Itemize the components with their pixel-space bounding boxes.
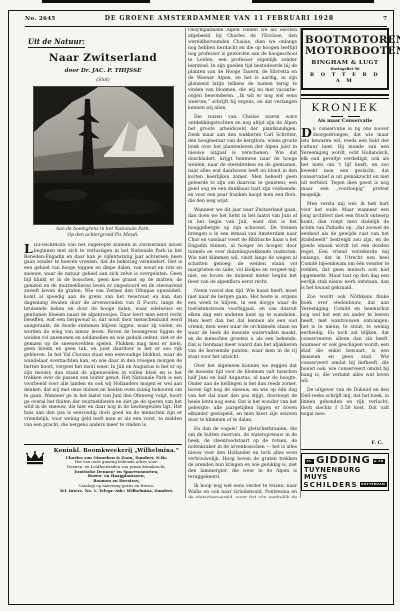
ad-company-name-2: TUYNENBURG MUYS xyxy=(304,467,386,481)
ad-company-name: BINGHAM & LUGT xyxy=(305,60,385,66)
dropcap-letter: D xyxy=(301,127,313,138)
scan-artifact-bar xyxy=(252,0,374,3)
kroniek-paragraph: Zoo wordt ook Nöthkens flinke boek over … xyxy=(301,295,389,385)
kroniek-paragraph: De uitgever van de Dukend en den Dell-re… xyxy=(301,388,389,418)
kroniek-paragraph: DE conservatie is bij ons zoover doorged… xyxy=(301,127,389,199)
column-left: Uit de Natuur: Naar Zwitserland door Dr.… xyxy=(24,29,182,494)
ad-company-name: GIDDING xyxy=(316,456,370,466)
article-paragraph: Onsympathieke Alpen vinden we als eerste… xyxy=(188,28,297,112)
ad-boat-motors: BOOTMOTOREN MOTORBOOTEN BINGHAM & LUGT H… xyxy=(301,28,389,90)
ad-city: R O T T E R D A M xyxy=(305,72,385,84)
article-part-label: (Slot) xyxy=(24,78,182,83)
column-rule xyxy=(185,28,186,498)
kroniek-heading: KRONIEK xyxy=(301,102,389,114)
ad-headline: MOTORBOOTEN xyxy=(305,46,385,57)
ad-line: Tel. Interc. No. 1. Telegr.-Adr.: Wilhel… xyxy=(51,489,182,494)
landscape-photo xyxy=(34,87,173,224)
article-paragraph: Wanneer we dit jaar naar Zwitserland gaa… xyxy=(188,208,297,286)
ad-chip: & ZN xyxy=(373,459,386,464)
page-number: 7 xyxy=(383,16,387,22)
kroniek-subtitle: Als maar Conservatie xyxy=(301,119,389,124)
ad-wilhelmina-text: Koninkl. Boomkweekerij „Wilhelmina.” Cha… xyxy=(51,448,182,494)
article-byline: door Dr. JAC. P. THIJSSE xyxy=(24,68,182,74)
masthead-title: DE GROENE AMSTERDAMMER VAN 11 FEBRUARI 1… xyxy=(105,15,334,22)
article-body-col1: LIEFHEBBERS van het ongerepte kunnen in … xyxy=(24,243,182,441)
article-paragraph: LIEFHEBBERS van het ongerepte kunnen in … xyxy=(24,243,182,429)
section-double-rule xyxy=(301,94,389,99)
ad-divider-rule xyxy=(301,449,389,450)
scan-artifact-bar xyxy=(42,0,150,3)
article-paragraph: Ik hoop nog wel eens verder te reizen, n… xyxy=(188,484,297,498)
article-body-col2: Onsympathieke Alpen vinden we als eerste… xyxy=(188,28,297,498)
article-paragraph: Neem vooral den tijd. Wie haast heeft, m… xyxy=(188,289,297,361)
header-rule xyxy=(25,26,387,27)
ad-trade-label: SCHILDERS xyxy=(303,481,357,488)
issue-number: No. 2645 xyxy=(25,16,56,22)
ad-gidding-painters: FA. GIDDING & ZN TUYNENBURG MUYS SCHILDE… xyxy=(301,453,389,491)
ad-city-chip: ROTTERDAM xyxy=(360,482,387,487)
ad-wilhelmina-nursery: Koninkl. Boomkweekerij „Wilhelmina.” Cha… xyxy=(24,448,182,494)
caption-line: Op den achtergrond Piz Mezdi. xyxy=(24,233,182,239)
page-header: No. 2645 DE GROENE AMSTERDAMMER VAN 11 F… xyxy=(25,15,387,22)
dropcap-letter: L xyxy=(24,243,34,254)
kroniek-paragraph: Men versta mij wel: ik heb hart voor het… xyxy=(301,202,389,292)
article-paragraph: Die reizen van Clusius waren ware ontdek… xyxy=(188,115,297,205)
ad-address: Haringvliet 98 xyxy=(305,67,385,71)
article-title: Naar Zwitserland xyxy=(24,52,182,64)
crown-icon xyxy=(24,448,48,494)
column-middle: Onsympathieke Alpen vinden we als eerste… xyxy=(188,28,297,498)
article-kicker: Uit de Natuur: xyxy=(28,37,85,48)
ad-chip: FA. xyxy=(305,459,314,464)
kroniek-body: DE conservatie is bij ons zoover doorged… xyxy=(301,127,389,439)
kroniek-signature: F. C. xyxy=(301,440,389,446)
column-right: BOOTMOTOREN MOTORBOOTEN BINGHAM & LUGT H… xyxy=(301,28,389,491)
article-paragraph: En dan de vogels! De gletscherkraaien, d… xyxy=(188,427,297,481)
ad-title: Koninkl. Boomkweekerij „Wilhelmina.” xyxy=(51,448,182,454)
kroniek-ornament-rule xyxy=(301,116,389,117)
article-paragraph: Over het algemeen kunnen we zeggen dat d… xyxy=(188,364,297,424)
photo-caption: Aan de boomgrens in het Nationale Park. … xyxy=(24,227,182,239)
ad-divider-rule xyxy=(24,444,182,445)
